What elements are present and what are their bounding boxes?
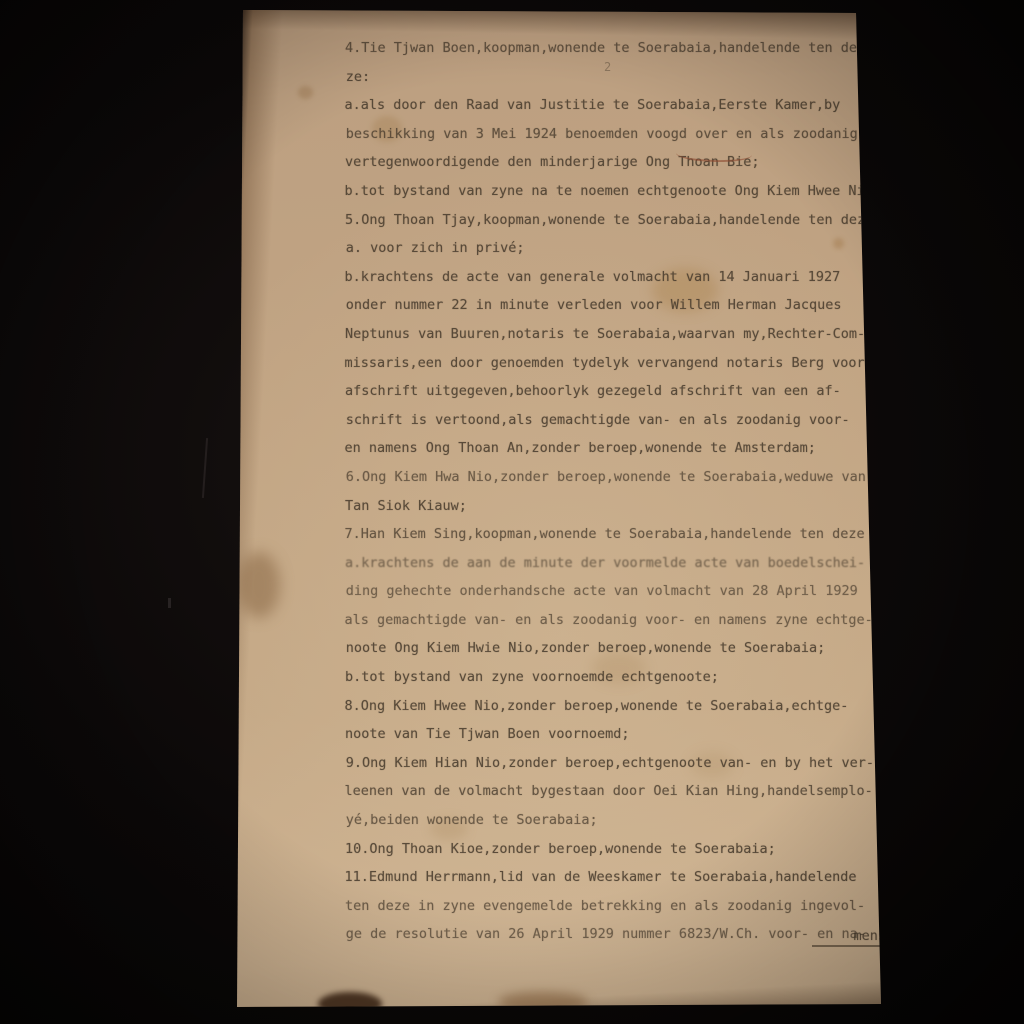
typewritten-line: Tan Siok Kiauw; [345, 492, 893, 521]
typewritten-line: a.krachtens de aan de minute der voormel… [345, 549, 893, 578]
typewritten-line: beschikking van 3 Mei 1924 benoemden voo… [346, 120, 894, 149]
typewritten-line: 9.Ong Kiem Hian Nio,zonder beroep,echtge… [346, 749, 894, 778]
paper-stain [498, 992, 588, 1012]
typewritten-line: 6.Ong Kiem Hwa Nio,zonder beroep,wonende… [346, 463, 894, 492]
typewritten-line: ten deze in zyne evengemelde betrekking … [345, 892, 893, 921]
document-page: 2 4.Tie Tjwan Boen,koopman,wonende te So… [0, 0, 1024, 1024]
typewritten-line: als gemachtigde van- en als zoodanig voo… [345, 606, 893, 635]
paper-stain [298, 86, 313, 99]
typewritten-line: 10.Ong Thoan Kioe,zonder beroep,wonende … [345, 835, 893, 864]
typewritten-line: b.tot bystand van zyne na te noemen echt… [345, 177, 893, 206]
typewritten-line: b.krachtens de acte van generale volmach… [345, 263, 893, 292]
background-scratch [202, 438, 208, 498]
catchword: mens [812, 928, 892, 947]
typewritten-text-block: 4.Tie Tjwan Boen,koopman,wonende te Soer… [345, 34, 893, 949]
typewritten-line: yé,beiden wonende te Soerabaia; [346, 806, 894, 835]
typewritten-line: schrift is vertoond,als gemachtigde van-… [346, 406, 894, 435]
photo-background: 2 4.Tie Tjwan Boen,koopman,wonende te So… [0, 0, 1024, 1024]
typewritten-line: leenen van de volmacht bygestaan door Oe… [345, 777, 893, 806]
typewritten-line: b.tot bystand van zyne voornoemde echtge… [345, 663, 893, 692]
typewritten-line: 8.Ong Kiem Hwee Nio,zonder beroep,wonend… [345, 692, 893, 721]
typewritten-line: missaris,een door genoemden tydelyk verv… [345, 349, 893, 378]
typewritten-line: 11.Edmund Herrmann,lid van de Weeskamer … [345, 863, 893, 892]
typewritten-line: noote van Tie Tjwan Boen voornoemd; [345, 720, 893, 749]
typewritten-line: a. voor zich in privé; [346, 234, 894, 263]
typewritten-line: 7.Han Kiem Sing,koopman,wonende te Soera… [345, 520, 893, 549]
typewritten-line: afschrift uitgegeven,behoorlyk gezegeld … [345, 377, 893, 406]
paper-stain [318, 992, 382, 1016]
paper-stain [238, 552, 280, 618]
typewritten-line: ding gehechte onderhandsche acte van vol… [346, 577, 894, 606]
typewritten-line: noote Ong Kiem Hwie Nio,zonder beroep,wo… [346, 634, 894, 663]
typewritten-line: en namens Ong Thoan An,zonder beroep,won… [345, 434, 893, 463]
typewritten-line: ze: [346, 63, 894, 92]
typewritten-line: Neptunus van Buuren,notaris te Soerabaia… [345, 320, 893, 349]
typewritten-line: a.als door den Raad van Justitie te Soer… [345, 91, 893, 120]
typewritten-line: onder nummer 22 in minute verleden voor … [346, 291, 894, 320]
typewritten-line: 5.Ong Thoan Tjay,koopman,wonende te Soer… [345, 206, 893, 235]
background-scratch [168, 598, 171, 608]
typewritten-line: 4.Tie Tjwan Boen,koopman,wonende te Soer… [345, 34, 893, 63]
typewritten-line: vertegenwoordigende den minderjarige Ong… [345, 148, 893, 177]
